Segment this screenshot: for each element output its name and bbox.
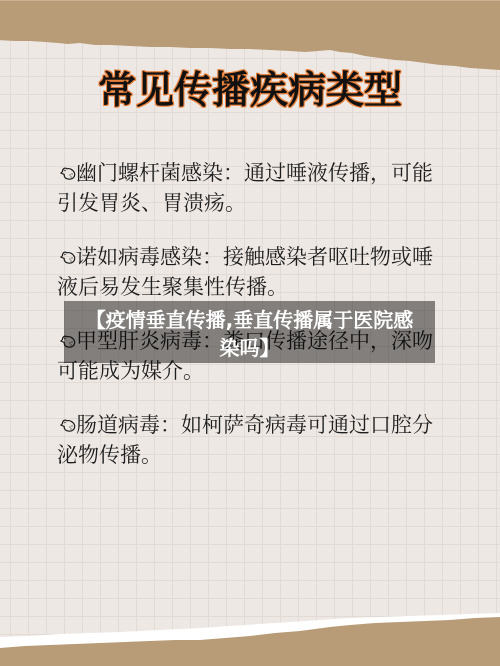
caption-overlay: 【疫情垂直传播,垂直传播属于医院感染吗】 — [64, 301, 435, 363]
torn-kraft-paper-bottom — [0, 600, 500, 666]
chick-icon — [60, 417, 76, 433]
chick-icon — [60, 165, 76, 181]
list-item-helicobacter: 幽门螺杆菌感染：通过唾液传播，可能 引发胃炎、胃溃疡。 — [57, 158, 457, 218]
list-item-line: 诺如病毒感染：接触感染者呕吐物或唾 — [57, 242, 457, 272]
list-item-text: 幽门螺杆菌感染：通过唾液传播，可能 — [76, 161, 433, 185]
list-item-norovirus: 诺如病毒感染：接触感染者呕吐物或唾 液后易发生聚集性传播。 — [57, 242, 457, 302]
list-item-enterovirus: 肠道病毒：如柯萨奇病毒可通过口腔分 泌物传播。 — [57, 410, 457, 470]
list-item-text: 肠道病毒：如柯萨奇病毒可通过口腔分 — [76, 413, 433, 437]
list-item-line: 引发胃炎、胃溃疡。 — [57, 188, 457, 218]
list-item-line: 幽门螺杆菌感染：通过唾液传播，可能 — [57, 158, 457, 188]
list-item-line: 液后易发生聚集性传播。 — [57, 272, 457, 302]
caption-text: 【疫情垂直传播,垂直传播属于医院感染吗】 — [80, 301, 420, 362]
chick-icon — [60, 249, 76, 265]
list-item-text: 诺如病毒感染：接触感染者呕吐物或唾 — [76, 245, 433, 269]
list-item-line: 肠道病毒：如柯萨奇病毒可通过口腔分 — [57, 410, 457, 440]
page-title: 常见传播疾病类型 — [0, 68, 500, 112]
list-item-line: 泌物传播。 — [57, 440, 457, 470]
